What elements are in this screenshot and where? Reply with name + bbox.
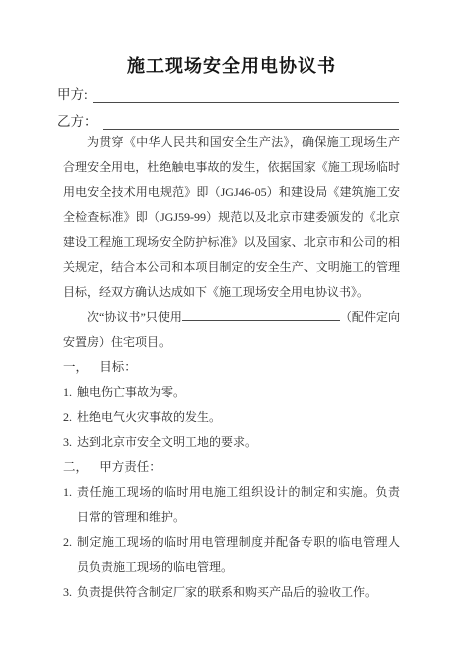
item-number: 3. bbox=[63, 430, 77, 455]
party-b-row: 乙方： bbox=[57, 114, 399, 130]
item-text: 负责提供符含制定厂家的联系和购买产品后的验收工作。 bbox=[77, 580, 400, 605]
item-number: 2. bbox=[63, 405, 77, 430]
scope-paragraph: 次“协议书”只使用（配件定向安置房）住宅项目。 bbox=[63, 305, 400, 355]
list-item: 1. 责任施工现场的临时用电施工组织设计的制定和实施。负责日常的管理和维护。 bbox=[63, 480, 400, 530]
scope-prefix: 次“协议书”只使用 bbox=[87, 310, 182, 324]
section-2-title: 甲方责任： bbox=[99, 460, 162, 474]
list-item: 1. 触电伤亡事故为零。 bbox=[63, 380, 400, 405]
document-title: 施工现场安全用电协议书 bbox=[0, 0, 463, 77]
item-text: 杜绝电气火灾事故的发生。 bbox=[77, 405, 400, 430]
document-body: 为贯穿《中华人民共和国安全生产法》，确保施工现场生产合理安全用电，杜绝触电事故的… bbox=[63, 130, 400, 605]
section-2-heading: 二，甲方责任： bbox=[63, 455, 400, 480]
item-text: 触电伤亡事故为零。 bbox=[77, 380, 400, 405]
section-1-marker: 一， bbox=[63, 360, 88, 374]
item-number: 3. bbox=[63, 580, 77, 605]
scope-fill-line[interactable] bbox=[182, 307, 340, 321]
section-2-marker: 二， bbox=[63, 460, 88, 474]
party-a-fill-line[interactable] bbox=[93, 88, 399, 103]
list-item: 3. 负责提供符含制定厂家的联系和购买产品后的验收工作。 bbox=[63, 580, 400, 605]
party-b-label: 乙方： bbox=[57, 114, 98, 130]
item-number: 1. bbox=[63, 380, 77, 405]
list-item: 3. 达到北京市安全文明工地的要求。 bbox=[63, 430, 400, 455]
section-1-heading: 一，目标： bbox=[63, 355, 400, 380]
party-b-fill-line[interactable] bbox=[103, 115, 400, 130]
intro-paragraph: 为贯穿《中华人民共和国安全生产法》，确保施工现场生产合理安全用电，杜绝触电事故的… bbox=[63, 130, 400, 305]
item-text: 制定施工现场的临时用电管理制度并配备专职的临电管理人员负责施工现场的临电管理。 bbox=[77, 530, 400, 580]
item-number: 1. bbox=[63, 480, 77, 530]
item-text: 责任施工现场的临时用电施工组织设计的制定和实施。负责日常的管理和维护。 bbox=[77, 480, 400, 530]
list-item: 2. 杜绝电气火灾事故的发生。 bbox=[63, 405, 400, 430]
item-text: 达到北京市安全文明工地的要求。 bbox=[77, 430, 400, 455]
item-number: 2. bbox=[63, 530, 77, 580]
section-1-title: 目标： bbox=[99, 360, 137, 374]
list-item: 2. 制定施工现场的临时用电管理制度并配备专职的临电管理人员负责施工现场的临电管… bbox=[63, 530, 400, 580]
party-a-row: 甲方: bbox=[57, 87, 399, 103]
document-page: 施工现场安全用电协议书 甲方: 乙方： 为贯穿《中华人民共和国安全生产法》，确保… bbox=[0, 0, 463, 655]
party-a-label: 甲方: bbox=[57, 87, 88, 103]
